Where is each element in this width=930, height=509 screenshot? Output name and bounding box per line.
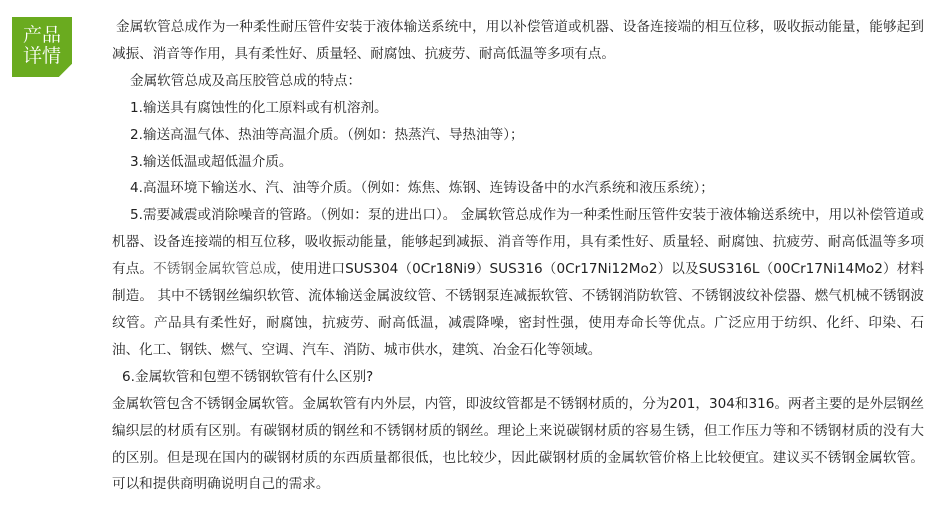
question-6-heading: 6.金属软管和包塑不锈钢软管有什么区别? <box>112 364 924 391</box>
feature-item-4: 4.高温环境下输送水、汽、油等介质。（例如：炼焦、炼钢、连铸设备中的水汽系统和液… <box>112 175 924 202</box>
product-description: 金属软管总成作为一种柔性耐压管件安装于液体输送系统中，用以补偿管道或机器、设备连… <box>112 14 924 498</box>
intro-paragraph: 金属软管总成作为一种柔性耐压管件安装于液体输送系统中，用以补偿管道或机器、设备连… <box>112 14 924 68</box>
feature-5-highlight: 不锈钢金属软管总成 <box>153 261 276 277</box>
feature-item-5: 5.需要减震或消除噪音的管路。（例如：泵的进出口）。 金属软管总成作为一种柔性耐… <box>112 202 924 363</box>
feature-item-1: 1.输送具有腐蚀性的化工原料或有机溶剂。 <box>112 95 924 122</box>
product-details-badge: 产品 详情 <box>12 17 72 77</box>
badge-line-1: 产品 <box>12 25 72 46</box>
answer-6-paragraph: 金属软管包含不锈钢金属软管。金属软管有内外层，内管，即波纹管都是不锈钢材质的，分… <box>112 391 924 499</box>
feature-item-2: 2.输送高温气体、热油等高温介质。（例如：热蒸汽、导热油等）； <box>112 122 924 149</box>
badge-line-2: 详情 <box>12 46 72 67</box>
feature-item-3: 3.输送低温或超低温介质。 <box>112 149 924 176</box>
features-heading: 金属软管总成及高压胶管总成的特点： <box>112 68 924 95</box>
